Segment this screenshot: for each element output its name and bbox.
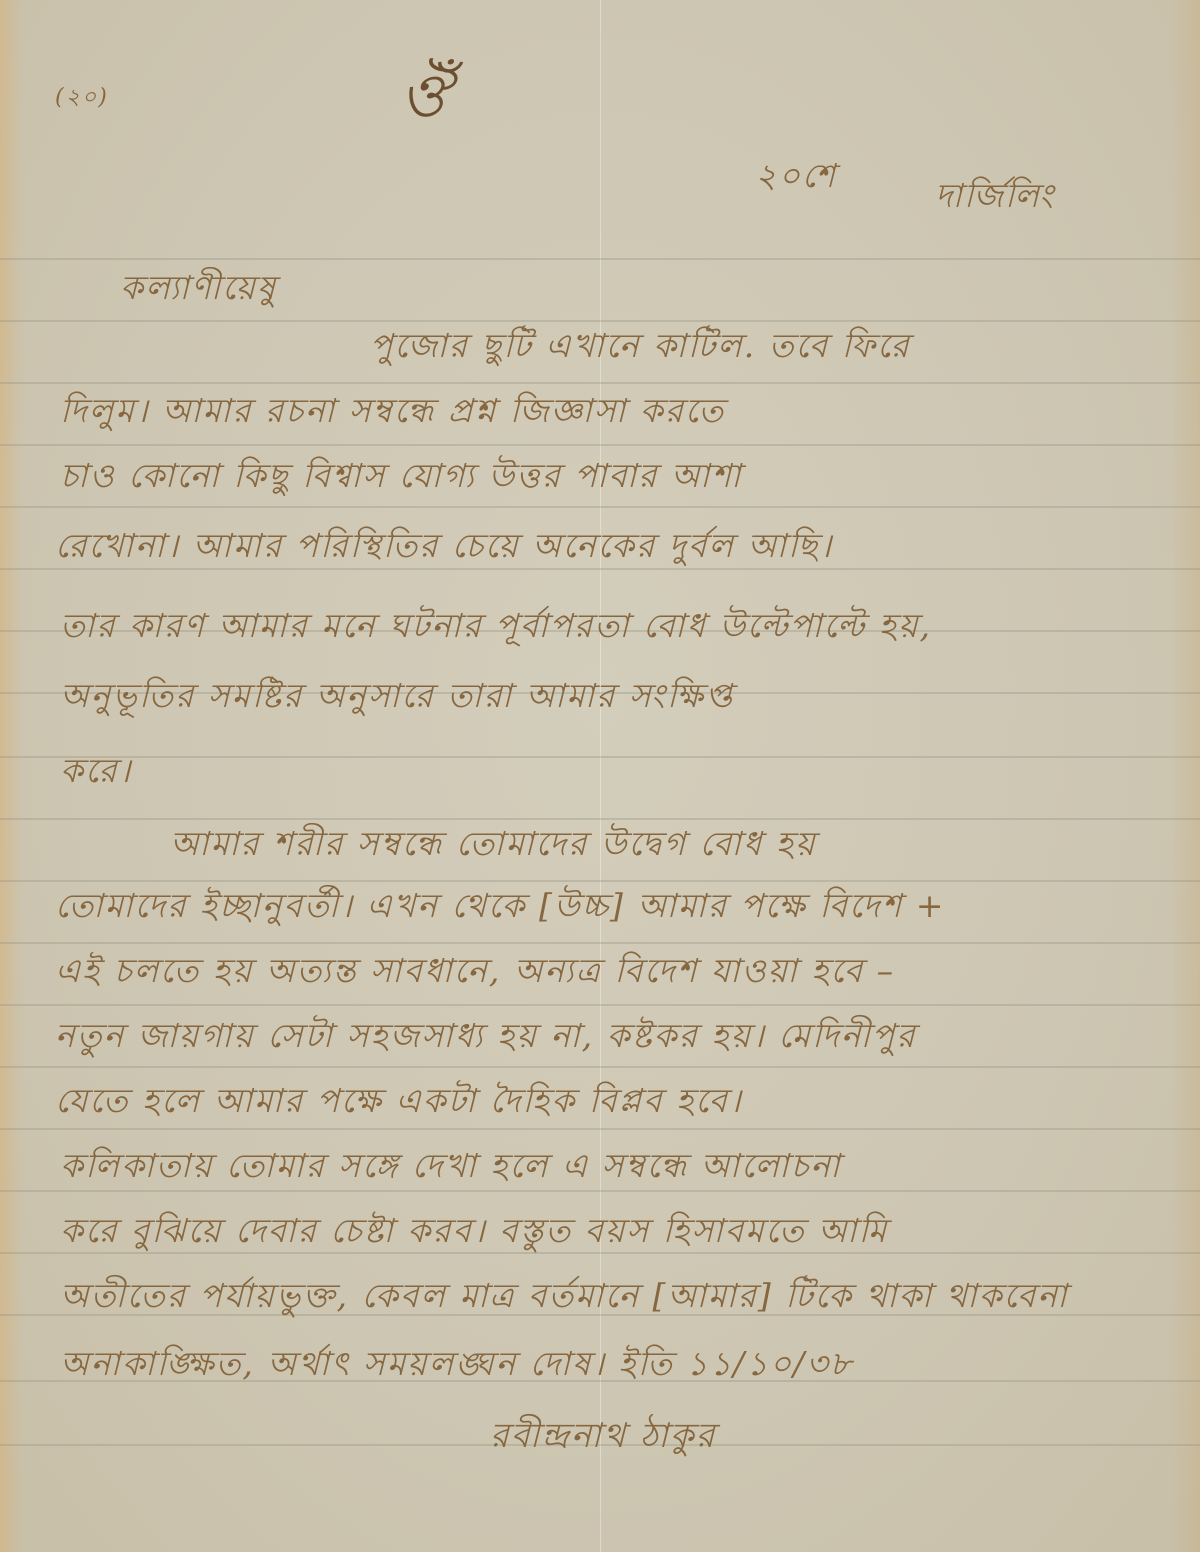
text-line: অনুভূতির সমষ্টির অনুসারে তারা আমার সংক্ষ… [60, 670, 734, 726]
ruled-line [0, 1066, 1200, 1068]
place: দার্জিলিং [935, 170, 1055, 226]
text-line: তার কারণ আমার মনে ঘটনার পূর্বাপরতা বোধ উ… [60, 600, 932, 656]
text-line: আমার শরীর সম্বন্ধে তোমাদের উদ্বেগ বোধ হয… [170, 818, 817, 874]
text-line: যেতে হলে আমার পক্ষে একটা দৈহিক বিপ্লব হব… [55, 1075, 743, 1131]
text-line: নতুন জায়গায় সেটা সহজসাধ্য হয় না, কষ্ট… [55, 1010, 916, 1066]
page-number: (২০) [55, 80, 109, 117]
text-line: কলিকাতায় তোমার সঙ্গে দেখা হলে এ সম্বন্ধ… [60, 1140, 842, 1196]
text-line: করে বুঝিয়ে দেবার চেষ্টা করব। বস্তুত বয়… [60, 1205, 888, 1261]
signature: রবীন্দ্রনাথ ঠাকুর [490, 1410, 716, 1467]
text-line: অনাকাঙ্ক্ষিত, অর্থাৎ সময়লঙ্ঘন দোষ। ইতি … [60, 1338, 853, 1394]
ruled-line [0, 382, 1200, 384]
text-line: করে। [60, 745, 132, 801]
letter-page: (২০) ঔঁ ২০শে দার্জিলিং কল্যাণীয়েষু পুজো… [0, 0, 1200, 1552]
text-line: এই চলতে হয় অত্যন্ত সাবধানে, অন্যত্র বিদ… [55, 945, 895, 1001]
ruled-line [0, 756, 1200, 758]
text-line: চাও কোনো কিছু বিশ্বাস যোগ্য উত্তর পাবার … [60, 450, 742, 506]
text-line: রেখোনা। আমার পরিস্থিতির চেয়ে অনেকের দুর… [55, 520, 833, 576]
text-line: অতীতের পর্যায়ভুক্ত, কেবল মাত্র বর্তমানে… [60, 1270, 1069, 1326]
text-line: দিলুম। আমার রচনা সম্বন্ধে প্রশ্ন জিজ্ঞাস… [60, 385, 725, 441]
ruled-line [0, 942, 1200, 944]
ruled-line [0, 258, 1200, 260]
invocation-mark: ঔঁ [400, 50, 451, 150]
date: ২০শে [755, 150, 837, 206]
text-line: তোমাদের ইচ্ছানুবর্তী। এখন থেকে [উচ্চ] আম… [55, 880, 945, 936]
ruled-line [0, 506, 1200, 508]
salutation: কল্যাণীয়েষু [120, 262, 277, 318]
text-line: পুজোর ছুটি এখানে কাটিল. তবে ফিরে [370, 320, 911, 376]
ruled-line [0, 1004, 1200, 1006]
ruled-line [0, 444, 1200, 446]
